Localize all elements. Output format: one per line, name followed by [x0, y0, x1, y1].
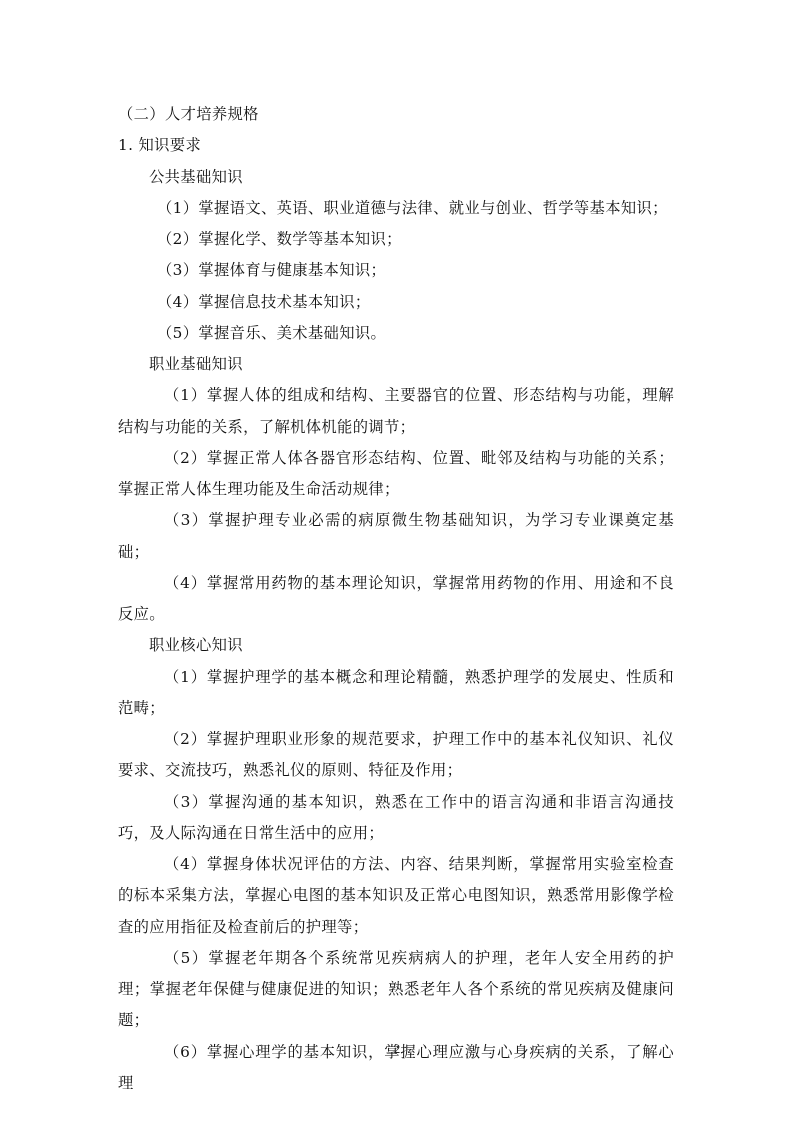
document-page: （二）人才培养规格 1. 知识要求 公共基础知识 （1）掌握语文、英语、职业道德…	[118, 99, 674, 1099]
list-item: （4）掌握信息技术基本知识；	[118, 287, 674, 318]
list-item: （1）掌握护理学的基本概念和理论精髓，熟悉护理学的发展史、性质和范畴；	[118, 662, 674, 725]
group-title-vocational-basic: 职业基础知识	[118, 349, 674, 380]
list-item: （2）掌握化学、数学等基本知识；	[118, 224, 674, 255]
list-item: （5）掌握音乐、美术基础知识。	[118, 318, 674, 349]
list-item: （3）掌握体育与健康基本知识；	[118, 255, 674, 286]
list-item: （2）掌握正常人体各器官形态结构、位置、毗邻及结构与功能的关系；掌握正常人体生理…	[118, 443, 674, 506]
section-heading: （二）人才培养规格	[118, 99, 674, 130]
group-title-vocational-core: 职业核心知识	[118, 630, 674, 661]
list-item: （4）掌握常用药物的基本理论知识，掌握常用药物的作用、用途和不良反应。	[118, 568, 674, 631]
page-number: 2	[0, 1041, 794, 1057]
list-item: （1）掌握语文、英语、职业道德与法律、就业与创业、哲学等基本知识；	[118, 193, 674, 224]
list-item: （4）掌握身体状况评估的方法、内容、结果判断，掌握常用实验室检查的标本采集方法，…	[118, 849, 674, 943]
list-item: （2）掌握护理职业形象的规范要求，护理工作中的基本礼仪知识、礼仪要求、交流技巧，…	[118, 724, 674, 787]
list-item: （3）掌握沟通的基本知识，熟悉在工作中的语言沟通和非语言沟通技巧，及人际沟通在日…	[118, 787, 674, 850]
group-title-public-basic: 公共基础知识	[118, 162, 674, 193]
subsection-heading: 1. 知识要求	[118, 130, 674, 161]
list-item: （3）掌握护理专业必需的病原微生物基础知识，为学习专业课奠定基础；	[118, 505, 674, 568]
list-item: （1）掌握人体的组成和结构、主要器官的位置、形态结构与功能，理解结构与功能的关系…	[118, 380, 674, 443]
list-item: （5）掌握老年期各个系统常见疾病病人的护理，老年人安全用药的护理；掌握老年保健与…	[118, 943, 674, 1037]
